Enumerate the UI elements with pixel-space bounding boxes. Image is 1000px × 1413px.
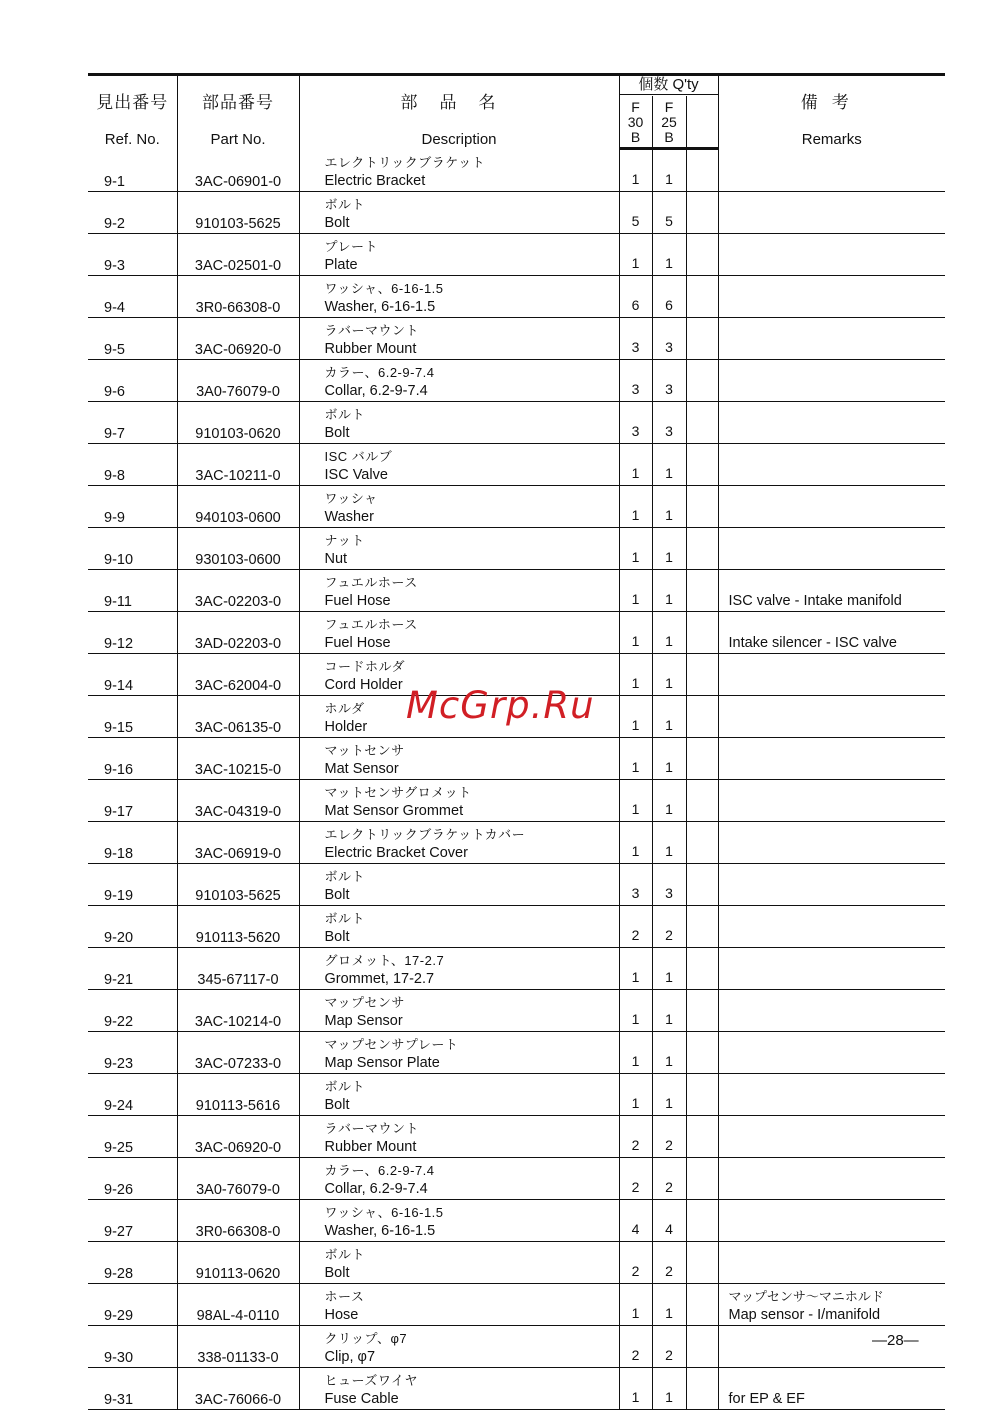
- qty-blank: [686, 527, 718, 569]
- remarks: [718, 1031, 945, 1073]
- remarks: [718, 1241, 945, 1283]
- qty-blank: [686, 1157, 718, 1199]
- qty-f25b: 3: [652, 359, 686, 401]
- qty-blank: [686, 1031, 718, 1073]
- description-jp: ワッシャ、6-16-1.5: [325, 280, 619, 298]
- qty-f30b: 1: [619, 569, 652, 611]
- qty-blank: [686, 1115, 718, 1157]
- ref-no: 9-4: [88, 275, 177, 317]
- part-no: 3AC-06920-0: [177, 1115, 299, 1157]
- ref-no: 9-17: [88, 779, 177, 821]
- qty-f25b: 2: [652, 1325, 686, 1367]
- description-jp: ナット: [325, 532, 619, 550]
- qty-f30b: 5: [619, 191, 652, 233]
- table-row: 9-263A0-76079-0カラー、6.2-9-7.4Collar, 6.2-…: [88, 1157, 945, 1199]
- qty-f30b: 2: [619, 1157, 652, 1199]
- part-no: 3AC-10214-0: [177, 989, 299, 1031]
- description-jp: フュエルホース: [325, 616, 619, 634]
- qty-f25b: 1: [652, 443, 686, 485]
- remarks: [718, 148, 945, 191]
- description: ホースHose: [299, 1283, 619, 1325]
- qty-f25b: 1: [652, 947, 686, 989]
- description-jp: ワッシャ、6-16-1.5: [325, 1204, 619, 1222]
- qty-f30b: 6: [619, 275, 652, 317]
- part-no: 3AC-10211-0: [177, 443, 299, 485]
- description-jp: ボルト: [325, 910, 619, 928]
- table-header-row: 見出番号 Ref. No. 部品番号 Part No. 部品名 Descript…: [88, 75, 945, 97]
- qty-f30b: 1: [619, 1367, 652, 1409]
- remarks: [718, 1199, 945, 1241]
- table-row: 9-233AC-07233-0マップセンサプレートMap Sensor Plat…: [88, 1031, 945, 1073]
- description-jp: マットセンサグロメット: [325, 784, 619, 802]
- part-no: 3AC-62004-0: [177, 653, 299, 695]
- description: マットセンサMat Sensor: [299, 737, 619, 779]
- description-en: Hose: [325, 1307, 359, 1323]
- qty-blank: [686, 737, 718, 779]
- ref-no: 9-21: [88, 947, 177, 989]
- description: エレクトリックブラケットElectric Bracket: [299, 148, 619, 191]
- ref-no: 9-9: [88, 485, 177, 527]
- qty-blank: [686, 1199, 718, 1241]
- description: フュエルホースFuel Hose: [299, 569, 619, 611]
- description-jp: ボルト: [325, 406, 619, 424]
- description: ボルトBolt: [299, 1241, 619, 1283]
- qty-f25b: 2: [652, 1115, 686, 1157]
- qty-f30b: 3: [619, 359, 652, 401]
- table-row: 9-163AC-10215-0マットセンサMat Sensor11: [88, 737, 945, 779]
- table-row: 9-83AC-10211-0ISC バルブISC Valve11: [88, 443, 945, 485]
- description: フュエルホースFuel Hose: [299, 611, 619, 653]
- qty-f30b: 1: [619, 779, 652, 821]
- table-row: 9-33AC-02501-0プレートPlate11: [88, 233, 945, 275]
- part-no: 3AC-10215-0: [177, 737, 299, 779]
- qty-blank: [686, 821, 718, 863]
- description-jp: マットセンサ: [325, 742, 619, 760]
- description-jp: ラバーマウント: [325, 1120, 619, 1138]
- page-number: —28—: [872, 1332, 919, 1349]
- qty-blank: [686, 443, 718, 485]
- qty-f30b: 1: [619, 989, 652, 1031]
- remarks: [718, 737, 945, 779]
- description: カラー、6.2-9-7.4Collar, 6.2-9-7.4: [299, 359, 619, 401]
- qty-f30b: 1: [619, 148, 652, 191]
- table-row: 9-7910103-0620ボルトBolt33: [88, 401, 945, 443]
- description-en: Rubber Mount: [325, 341, 417, 357]
- part-no: 3AC-06135-0: [177, 695, 299, 737]
- remarks: [718, 443, 945, 485]
- description-en: Mat Sensor: [325, 761, 399, 777]
- qty-f30b: 1: [619, 443, 652, 485]
- qty-f30b: 1: [619, 1283, 652, 1325]
- qty-blank: [686, 947, 718, 989]
- remarks: [718, 989, 945, 1031]
- remarks: [718, 1073, 945, 1115]
- description-jp: エレクトリックブラケット: [325, 154, 619, 172]
- description-jp: ボルト: [325, 196, 619, 214]
- description: ワッシャ、6-16-1.5Washer, 6-16-1.5: [299, 1199, 619, 1241]
- qty-f25b: 1: [652, 653, 686, 695]
- description: ボルトBolt: [299, 401, 619, 443]
- description-en: Collar, 6.2-9-7.4: [325, 383, 428, 399]
- qty-title: 個数 Q'ty: [620, 76, 718, 95]
- part-no: 3AC-06920-0: [177, 317, 299, 359]
- qty-f25b: 1: [652, 1367, 686, 1409]
- ref-no: 9-20: [88, 905, 177, 947]
- qty-blank: [686, 905, 718, 947]
- ref-no: 9-25: [88, 1115, 177, 1157]
- part-no: 3AC-02501-0: [177, 233, 299, 275]
- part-no: 910113-5620: [177, 905, 299, 947]
- description-en: Electric Bracket Cover: [325, 845, 468, 861]
- description-jp: エレクトリックブラケットカバー: [325, 826, 619, 844]
- ref-no: 9-15: [88, 695, 177, 737]
- description: ボルトBolt: [299, 905, 619, 947]
- qty-f30b: 1: [619, 611, 652, 653]
- part-no: 930103-0600: [177, 527, 299, 569]
- qty-f25b: 2: [652, 1157, 686, 1199]
- table-row: 9-223AC-10214-0マップセンサMap Sensor11: [88, 989, 945, 1031]
- ref-no: 9-12: [88, 611, 177, 653]
- qty-f25b: 1: [652, 1073, 686, 1115]
- description: マップセンサプレートMap Sensor Plate: [299, 1031, 619, 1073]
- part-no: 338-01133-0: [177, 1325, 299, 1367]
- header-qty-f30b: F 30 B: [619, 96, 652, 148]
- ref-no: 9-1: [88, 148, 177, 191]
- qty-blank: [686, 569, 718, 611]
- qty-f30b: 1: [619, 527, 652, 569]
- description-en: Clip, φ7: [325, 1349, 376, 1365]
- qty-f30b: 3: [619, 863, 652, 905]
- description-jp: ボルト: [325, 1078, 619, 1096]
- description-en: Grommet, 17-2.7: [325, 971, 435, 987]
- table-row: 9-9940103-0600ワッシャWasher11: [88, 485, 945, 527]
- description-en: Washer, 6-16-1.5: [325, 1223, 436, 1239]
- description-jp: マップセンサプレート: [325, 1036, 619, 1054]
- description-en: Bolt: [325, 425, 350, 441]
- description-jp: クリップ、φ7: [325, 1330, 619, 1348]
- qty-f25b: 1: [652, 989, 686, 1031]
- description: ヒューズワイヤFuse Cable: [299, 1367, 619, 1409]
- table-row: 9-20910113-5620ボルトBolt22: [88, 905, 945, 947]
- ref-no: 9-7: [88, 401, 177, 443]
- qty-f25b: 4: [652, 1199, 686, 1241]
- description-jp: ボルト: [325, 1246, 619, 1264]
- qty-blank: [686, 653, 718, 695]
- description-jp: ISC バルブ: [325, 448, 619, 466]
- qty-f30b: 1: [619, 947, 652, 989]
- description-en: ISC Valve: [325, 467, 388, 483]
- ref-no: 9-10: [88, 527, 177, 569]
- remarks: [718, 695, 945, 737]
- ref-no: 9-11: [88, 569, 177, 611]
- qty-blank: [686, 1073, 718, 1115]
- remarks: for EP & EF: [718, 1367, 945, 1409]
- remarks-en: Map sensor - I/manifold: [729, 1307, 881, 1323]
- remarks: [718, 653, 945, 695]
- qty-f25b: 3: [652, 401, 686, 443]
- qty-f25b: 1: [652, 611, 686, 653]
- ref-no: 9-19: [88, 863, 177, 905]
- qty-f25b: 1: [652, 148, 686, 191]
- part-no: 3AC-02203-0: [177, 569, 299, 611]
- remarks: [718, 191, 945, 233]
- qty-blank: [686, 233, 718, 275]
- qty-blank: [686, 779, 718, 821]
- description-en: Bolt: [325, 1097, 350, 1113]
- part-no: 345-67117-0: [177, 947, 299, 989]
- qty-f25b: 6: [652, 275, 686, 317]
- description-en: Washer, 6-16-1.5: [325, 299, 436, 315]
- qty-f30b: 1: [619, 233, 652, 275]
- part-no: 910113-5616: [177, 1073, 299, 1115]
- qty-blank: [686, 1283, 718, 1325]
- description: ISC バルブISC Valve: [299, 443, 619, 485]
- table-row: 9-63A0-76079-0カラー、6.2-9-7.4Collar, 6.2-9…: [88, 359, 945, 401]
- part-no: 910113-0620: [177, 1241, 299, 1283]
- ref-no: 9-28: [88, 1241, 177, 1283]
- qty-blank: [686, 317, 718, 359]
- table-row: 9-2910103-5625ボルトBolt55: [88, 191, 945, 233]
- remarks: [718, 821, 945, 863]
- table-row: 9-173AC-04319-0マットセンサグロメットMat Sensor Gro…: [88, 779, 945, 821]
- qty-f25b: 3: [652, 317, 686, 359]
- remarks: [718, 233, 945, 275]
- remarks: [718, 779, 945, 821]
- remarks: [718, 863, 945, 905]
- part-no: 910103-5625: [177, 863, 299, 905]
- part-no: 940103-0600: [177, 485, 299, 527]
- part-no: 98AL-4-0110: [177, 1283, 299, 1325]
- ref-no: 9-6: [88, 359, 177, 401]
- qty-f30b: 1: [619, 695, 652, 737]
- description-en: Bolt: [325, 215, 350, 231]
- ref-no: 9-8: [88, 443, 177, 485]
- qty-f30b: 4: [619, 1199, 652, 1241]
- qty-f25b: 1: [652, 569, 686, 611]
- qty-blank: [686, 191, 718, 233]
- qty-f25b: 5: [652, 191, 686, 233]
- table-row: 9-21345-67117-0グロメット、17-2.7Grommet, 17-2…: [88, 947, 945, 989]
- remarks: [718, 317, 945, 359]
- description: ボルトBolt: [299, 191, 619, 233]
- table-row: 9-43R0-66308-0ワッシャ、6-16-1.5Washer, 6-16-…: [88, 275, 945, 317]
- ref-no: 9-3: [88, 233, 177, 275]
- ref-no: 9-23: [88, 1031, 177, 1073]
- remarks-en: ISC valve - Intake manifold: [729, 593, 902, 609]
- description-jp: ワッシャ: [325, 490, 619, 508]
- qty-f25b: 1: [652, 485, 686, 527]
- table-row: 9-19910103-5625ボルトBolt33: [88, 863, 945, 905]
- table-row: 9-123AD-02203-0フュエルホースFuel Hose11Intake …: [88, 611, 945, 653]
- description-en: Cord Holder: [325, 677, 403, 693]
- ref-no: 9-14: [88, 653, 177, 695]
- description: ワッシャWasher: [299, 485, 619, 527]
- description-en: Plate: [325, 257, 358, 273]
- remarks: [718, 947, 945, 989]
- part-no: 910103-0620: [177, 401, 299, 443]
- remarks: [718, 527, 945, 569]
- description-jp: フュエルホース: [325, 574, 619, 592]
- description-jp: ホース: [325, 1288, 619, 1306]
- description: エレクトリックブラケットカバーElectric Bracket Cover: [299, 821, 619, 863]
- remarks-en: for EP & EF: [729, 1391, 805, 1407]
- table-row: 9-253AC-06920-0ラバーマウントRubber Mount22: [88, 1115, 945, 1157]
- table-row: 9-24910113-5616ボルトBolt11: [88, 1073, 945, 1115]
- description: プレートPlate: [299, 233, 619, 275]
- ref-no: 9-30: [88, 1325, 177, 1367]
- description: ラバーマウントRubber Mount: [299, 317, 619, 359]
- description-jp: カラー、6.2-9-7.4: [325, 1162, 619, 1180]
- qty-f30b: 2: [619, 1325, 652, 1367]
- qty-f30b: 2: [619, 905, 652, 947]
- qty-blank: [686, 485, 718, 527]
- header-qty: 個数 Q'ty: [619, 75, 718, 97]
- part-no: 3AC-06901-0: [177, 148, 299, 191]
- remarks: [718, 485, 945, 527]
- remarks: [718, 1157, 945, 1199]
- parts-table: 見出番号 Ref. No. 部品番号 Part No. 部品名 Descript…: [88, 73, 945, 1410]
- description-jp: カラー、6.2-9-7.4: [325, 364, 619, 382]
- header-remarks: 備考 Remarks: [718, 75, 945, 149]
- description-en: Bolt: [325, 887, 350, 903]
- remarks: ISC valve - Intake manifold: [718, 569, 945, 611]
- header-qty-f25b: F 25 B: [652, 96, 686, 148]
- ref-no: 9-22: [88, 989, 177, 1031]
- part-no: 3AD-02203-0: [177, 611, 299, 653]
- qty-f30b: 1: [619, 737, 652, 779]
- qty-blank: [686, 1241, 718, 1283]
- remarks: [718, 359, 945, 401]
- part-no: 3AC-06919-0: [177, 821, 299, 863]
- remarks-en: Intake silencer - ISC valve: [729, 635, 897, 651]
- part-no: 3A0-76079-0: [177, 359, 299, 401]
- qty-f30b: 3: [619, 317, 652, 359]
- qty-blank: [686, 1325, 718, 1367]
- part-no: 910103-5625: [177, 191, 299, 233]
- qty-f30b: 2: [619, 1115, 652, 1157]
- table-row: 9-273R0-66308-0ワッシャ、6-16-1.5Washer, 6-16…: [88, 1199, 945, 1241]
- description: マップセンサMap Sensor: [299, 989, 619, 1031]
- ref-no: 9-18: [88, 821, 177, 863]
- description: クリップ、φ7Clip, φ7: [299, 1325, 619, 1367]
- qty-f25b: 1: [652, 1283, 686, 1325]
- table-row: 9-13AC-06901-0エレクトリックブラケットElectric Brack…: [88, 148, 945, 191]
- qty-f25b: 1: [652, 1031, 686, 1073]
- header-part-no: 部品番号 Part No.: [177, 75, 299, 149]
- part-no: 3AC-76066-0: [177, 1367, 299, 1409]
- description-jp: ボルト: [325, 868, 619, 886]
- description-jp: コードホルダ: [325, 658, 619, 676]
- header-ref-no: 見出番号 Ref. No.: [88, 75, 177, 149]
- qty-f25b: 2: [652, 905, 686, 947]
- qty-f25b: 2: [652, 1241, 686, 1283]
- qty-f30b: 1: [619, 1031, 652, 1073]
- qty-f25b: 1: [652, 821, 686, 863]
- description-jp: ヒューズワイヤ: [325, 1372, 619, 1390]
- description-en: Mat Sensor Grommet: [325, 803, 464, 819]
- description-en: Collar, 6.2-9-7.4: [325, 1181, 428, 1197]
- qty-f30b: 1: [619, 1073, 652, 1115]
- description: ラバーマウントRubber Mount: [299, 1115, 619, 1157]
- part-no: 3A0-76079-0: [177, 1157, 299, 1199]
- qty-f30b: 1: [619, 653, 652, 695]
- description-jp: ラバーマウント: [325, 322, 619, 340]
- qty-blank: [686, 863, 718, 905]
- description-jp: マップセンサ: [325, 994, 619, 1012]
- qty-blank: [686, 611, 718, 653]
- description-en: Bolt: [325, 929, 350, 945]
- ref-no: 9-26: [88, 1157, 177, 1199]
- ref-no: 9-16: [88, 737, 177, 779]
- description: マットセンサグロメットMat Sensor Grommet: [299, 779, 619, 821]
- ref-no: 9-31: [88, 1367, 177, 1409]
- description-jp: グロメット、17-2.7: [325, 952, 619, 970]
- description-en: Bolt: [325, 1265, 350, 1281]
- description-en: Fuse Cable: [325, 1391, 399, 1407]
- table-row: 9-113AC-02203-0フュエルホースFuel Hose11ISC val…: [88, 569, 945, 611]
- description: ボルトBolt: [299, 863, 619, 905]
- qty-blank: [686, 1367, 718, 1409]
- qty-f25b: 1: [652, 233, 686, 275]
- qty-f25b: 1: [652, 779, 686, 821]
- ref-no: 9-5: [88, 317, 177, 359]
- table-row: 9-28910113-0620ボルトBolt22: [88, 1241, 945, 1283]
- description: ボルトBolt: [299, 1073, 619, 1115]
- qty-blank: [686, 989, 718, 1031]
- description-en: Holder: [325, 719, 368, 735]
- part-no: 3R0-66308-0: [177, 275, 299, 317]
- qty-blank: [686, 695, 718, 737]
- description-jp: プレート: [325, 238, 619, 256]
- parts-list-page: 見出番号 Ref. No. 部品番号 Part No. 部品名 Descript…: [0, 0, 1000, 1413]
- remarks: [718, 401, 945, 443]
- qty-f25b: 1: [652, 695, 686, 737]
- remarks: マップセンサ～マニホルドMap sensor - I/manifold: [718, 1283, 945, 1325]
- qty-blank: [686, 359, 718, 401]
- remarks: [718, 275, 945, 317]
- description: ワッシャ、6-16-1.5Washer, 6-16-1.5: [299, 275, 619, 317]
- header-description: 部品名 Description: [299, 75, 619, 149]
- description: グロメット、17-2.7Grommet, 17-2.7: [299, 947, 619, 989]
- qty-f25b: 1: [652, 527, 686, 569]
- table-row: 9-2998AL-4-0110ホースHose11マップセンサ～マニホルドMap …: [88, 1283, 945, 1325]
- part-no: 3AC-07233-0: [177, 1031, 299, 1073]
- remarks-jp: マップセンサ～マニホルド: [729, 1288, 946, 1306]
- qty-f30b: 3: [619, 401, 652, 443]
- remarks: [718, 905, 945, 947]
- table-row: 9-10930103-0600ナットNut11: [88, 527, 945, 569]
- header-qty-blank: [686, 96, 718, 148]
- description-en: Fuel Hose: [325, 635, 391, 651]
- qty-f25b: 1: [652, 737, 686, 779]
- description-en: Washer: [325, 509, 374, 525]
- ref-no: 9-27: [88, 1199, 177, 1241]
- description-en: Map Sensor Plate: [325, 1055, 440, 1071]
- description-en: Map Sensor: [325, 1013, 403, 1029]
- part-no: 3R0-66308-0: [177, 1199, 299, 1241]
- qty-blank: [686, 275, 718, 317]
- description-en: Nut: [325, 551, 348, 567]
- ref-no: 9-24: [88, 1073, 177, 1115]
- qty-f25b: 3: [652, 863, 686, 905]
- part-no: 3AC-04319-0: [177, 779, 299, 821]
- remarks: Intake silencer - ISC valve: [718, 611, 945, 653]
- qty-f30b: 2: [619, 1241, 652, 1283]
- description: カラー、6.2-9-7.4Collar, 6.2-9-7.4: [299, 1157, 619, 1199]
- qty-blank: [686, 148, 718, 191]
- table-row: 9-53AC-06920-0ラバーマウントRubber Mount33: [88, 317, 945, 359]
- qty-f30b: 1: [619, 485, 652, 527]
